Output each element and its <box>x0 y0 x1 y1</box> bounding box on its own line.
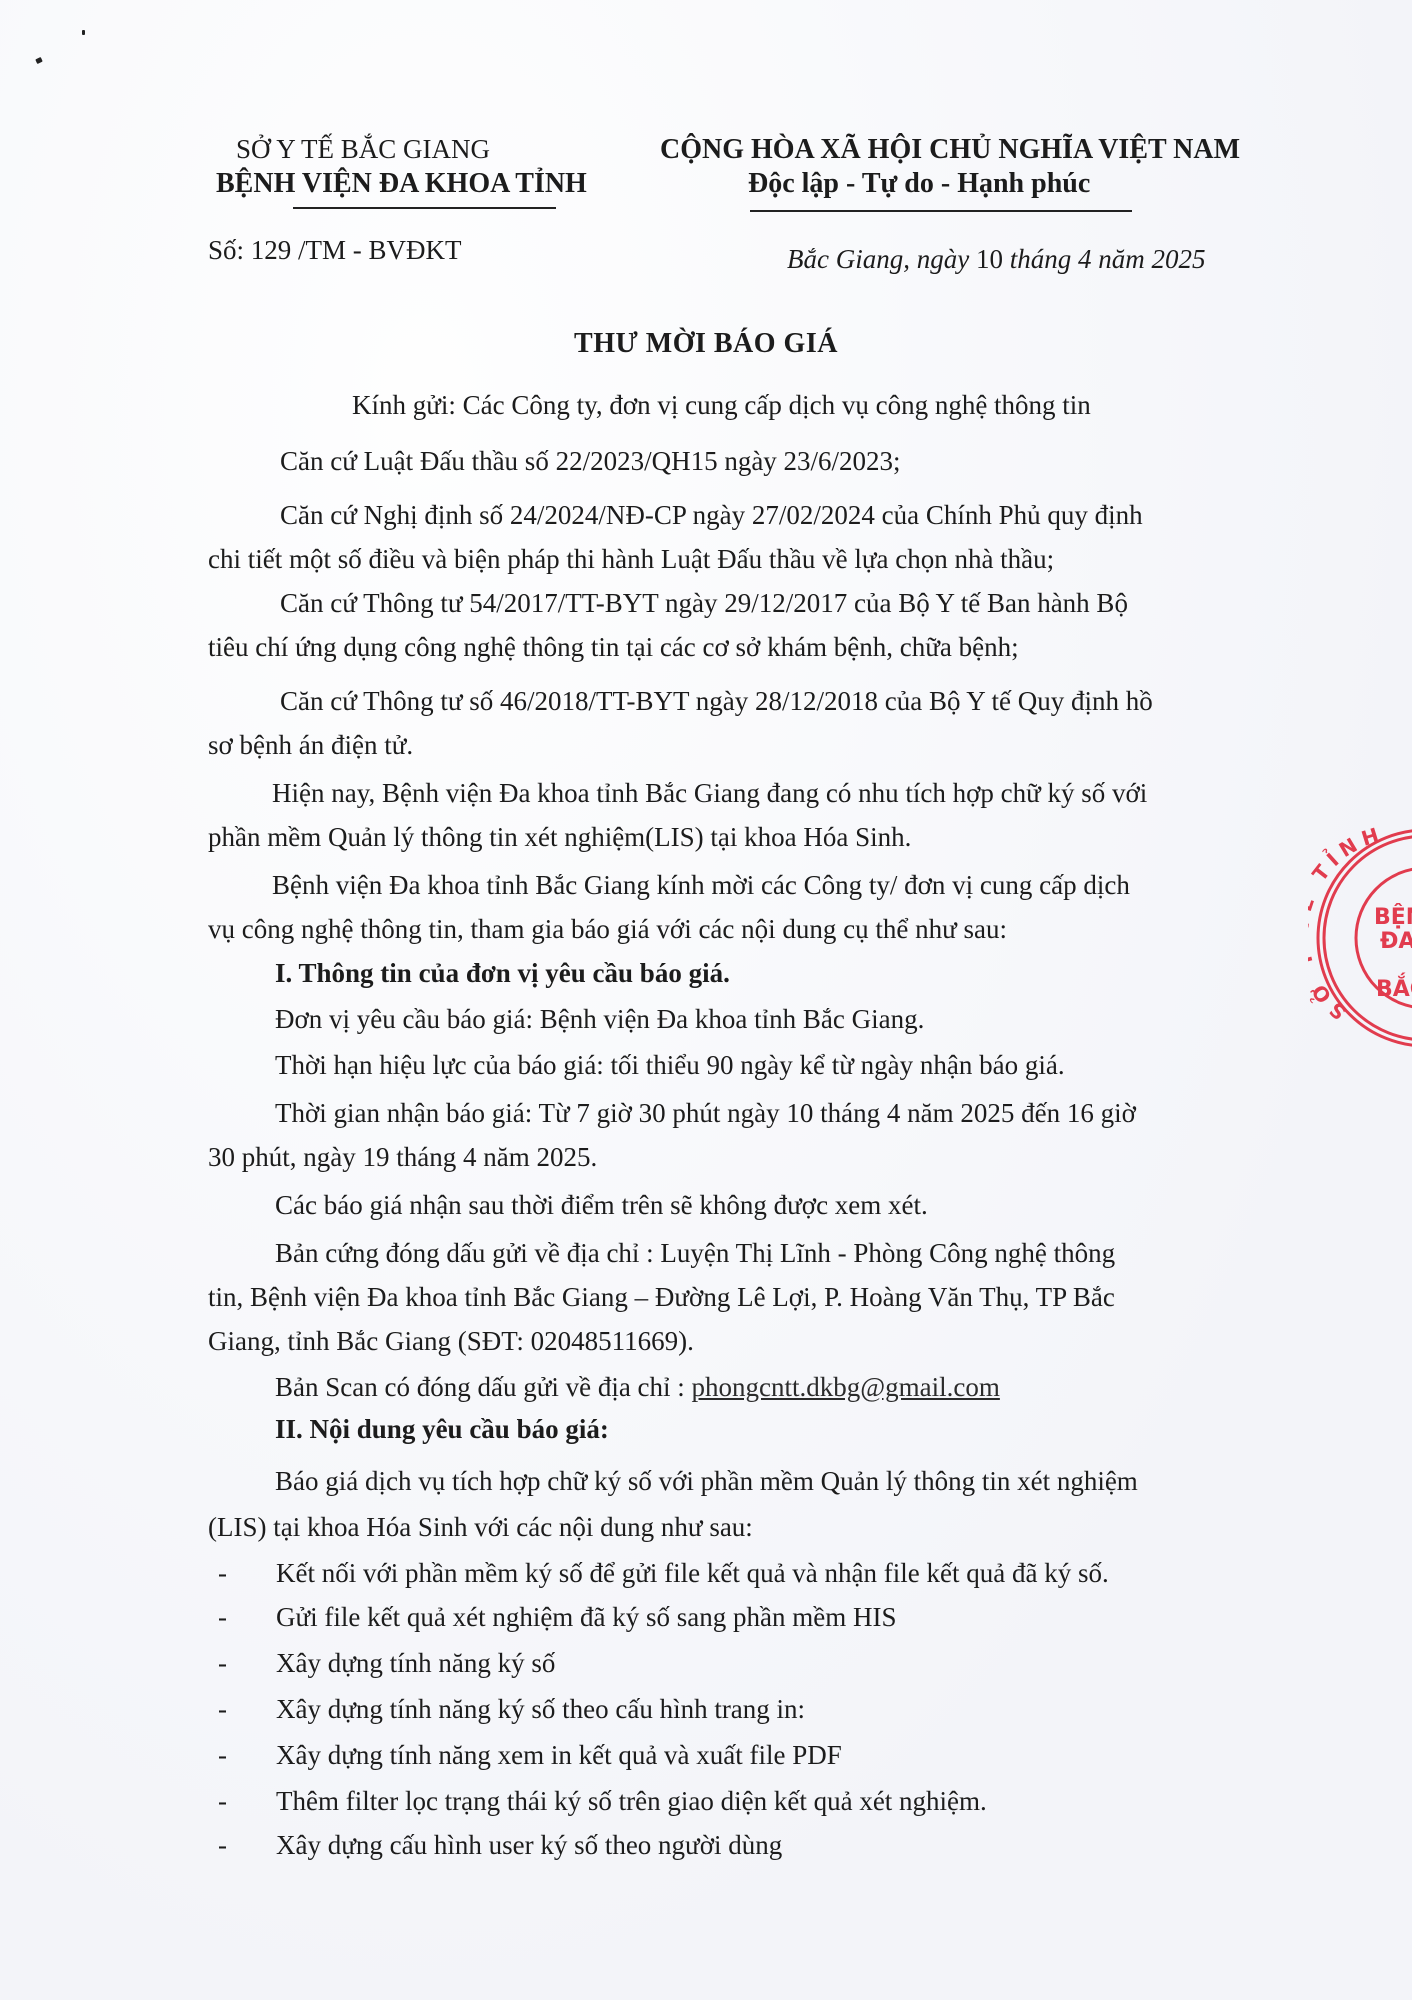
svg-text:ĐA K: ĐA K <box>1380 929 1412 954</box>
body-line: Căn cứ Luật Đấu thầu số 22/2023/QH15 ngà… <box>280 446 901 477</box>
list-item-text: Xây dựng tính năng xem in kết quả và xuấ… <box>276 1740 842 1771</box>
national-motto: Độc lập - Tự do - Hạnh phúc <box>748 168 1090 200</box>
nation-name: CỘNG HÒA XÃ HỘI CHỦ NGHĨA VIỆT NAM <box>660 134 1240 166</box>
motto-underline <box>750 210 1132 212</box>
body-line: chi tiết một số điều và biện pháp thi hà… <box>208 544 1054 575</box>
scan-speck <box>82 30 85 35</box>
organization-name: BỆNH VIỆN ĐA KHOA TỈNH <box>168 168 678 200</box>
body-line: sơ bệnh án điện tử. <box>208 730 413 761</box>
section-2-intro: (LIS) tại khoa Hóa Sinh với các nội dung… <box>208 1512 753 1543</box>
list-item-text: Xây dựng tính năng ký số theo cấu hình t… <box>276 1694 805 1725</box>
list-item-text: Xây dựng cấu hình user ký số theo người … <box>276 1830 782 1861</box>
body-line: Căn cứ Nghị định số 24/2024/NĐ-CP ngày 2… <box>280 500 1143 531</box>
svg-text:BẮC: BẮC <box>1376 973 1412 1002</box>
bullet-dash: - <box>218 1830 227 1861</box>
date-day: 10 <box>976 244 1003 274</box>
section-1-line: Các báo giá nhận sau thời điểm trên sẽ k… <box>275 1190 928 1221</box>
document-number: Số: 129 /TM - BVĐKT <box>208 235 462 266</box>
bullet-dash: - <box>218 1602 227 1633</box>
body-line: phần mềm Quản lý thông tin xét nghiệm(LI… <box>208 822 911 853</box>
svg-text:BỆNH: BỆNH <box>1374 903 1412 930</box>
section-1-line: Thời gian nhận báo giá: Từ 7 giờ 30 phút… <box>275 1098 1136 1129</box>
bullet-dash: - <box>218 1558 227 1589</box>
bullet-dash: - <box>218 1740 227 1771</box>
section-2-heading: II. Nội dung yêu cầu báo giá: <box>275 1414 609 1445</box>
scan-address-label: Bản Scan có đóng dấu gửi về địa chỉ : <box>275 1372 692 1402</box>
body-line: Căn cứ Thông tư số 46/2018/TT-BYT ngày 2… <box>280 686 1153 717</box>
body-line: Bệnh viện Đa khoa tỉnh Bắc Giang kính mờ… <box>272 870 1130 901</box>
section-1-line: Đơn vị yêu cầu báo giá: Bệnh viện Đa kho… <box>275 1004 924 1035</box>
section-1-line: 30 phút, ngày 19 tháng 4 năm 2025. <box>208 1142 597 1173</box>
bullet-dash: - <box>218 1694 227 1725</box>
section-1-line: Bản cứng đóng dấu gửi về địa chỉ : Luyện… <box>275 1238 1115 1269</box>
section-1-line: Giang, tỉnh Bắc Giang (SĐT: 02048511669)… <box>208 1326 694 1357</box>
body-line: Hiện nay, Bệnh viện Đa khoa tỉnh Bắc Gia… <box>272 778 1147 809</box>
date-place: Bắc Giang, ngày <box>787 244 976 274</box>
list-item-text: Gửi file kết quả xét nghiệm đã ký số san… <box>276 1602 897 1633</box>
list-item-text: Kết nối với phần mềm ký số để gửi file k… <box>276 1558 1109 1589</box>
date-month-year: tháng 4 năm 2025 <box>1003 244 1206 274</box>
section-2-intro: Báo giá dịch vụ tích hợp chữ ký số với p… <box>275 1466 1138 1497</box>
body-line: Căn cứ Thông tư 54/2017/TT-BYT ngày 29/1… <box>280 588 1128 619</box>
list-item-text: Xây dựng tính năng ký số <box>276 1648 555 1679</box>
recipient-line: Kính gửi: Các Công ty, đơn vị cung cấp d… <box>352 390 1091 421</box>
bullet-dash: - <box>218 1786 227 1817</box>
document-title: THƯ MỜI BÁO GIÁ <box>0 328 1412 360</box>
scan-speck <box>35 57 43 64</box>
scan-address-line: Bản Scan có đóng dấu gửi về địa chỉ : ph… <box>275 1372 1000 1403</box>
email-link[interactable]: phongcntt.dkbg@gmail.com <box>692 1372 1000 1402</box>
bullet-dash: - <box>218 1648 227 1679</box>
section-1-line: Thời hạn hiệu lực của báo giá: tối thiểu… <box>275 1050 1065 1081</box>
body-line: vụ công nghệ thông tin, tham gia báo giá… <box>208 914 1007 945</box>
document-date: Bắc Giang, ngày 10 tháng 4 năm 2025 <box>787 244 1205 275</box>
section-1-heading: I. Thông tin của đơn vị yêu cầu báo giá. <box>275 958 730 989</box>
body-line: tiêu chí ứng dụng công nghệ thông tin tạ… <box>208 632 1019 663</box>
official-stamp-icon: SỞ Y TẾ TỈNH BỆNH ĐA K T BẮC <box>1308 820 1412 1060</box>
department-name: SỞ Y TẾ BẮC GIANG <box>168 134 558 165</box>
section-1-line: tin, Bệnh viện Đa khoa tỉnh Bắc Giang – … <box>208 1282 1115 1313</box>
list-item-text: Thêm filter lọc trạng thái ký số trên gi… <box>276 1786 987 1817</box>
organization-underline <box>293 207 556 209</box>
document-page: SỞ Y TẾ BẮC GIANG BỆNH VIỆN ĐA KHOA TỈNH… <box>0 0 1412 2000</box>
